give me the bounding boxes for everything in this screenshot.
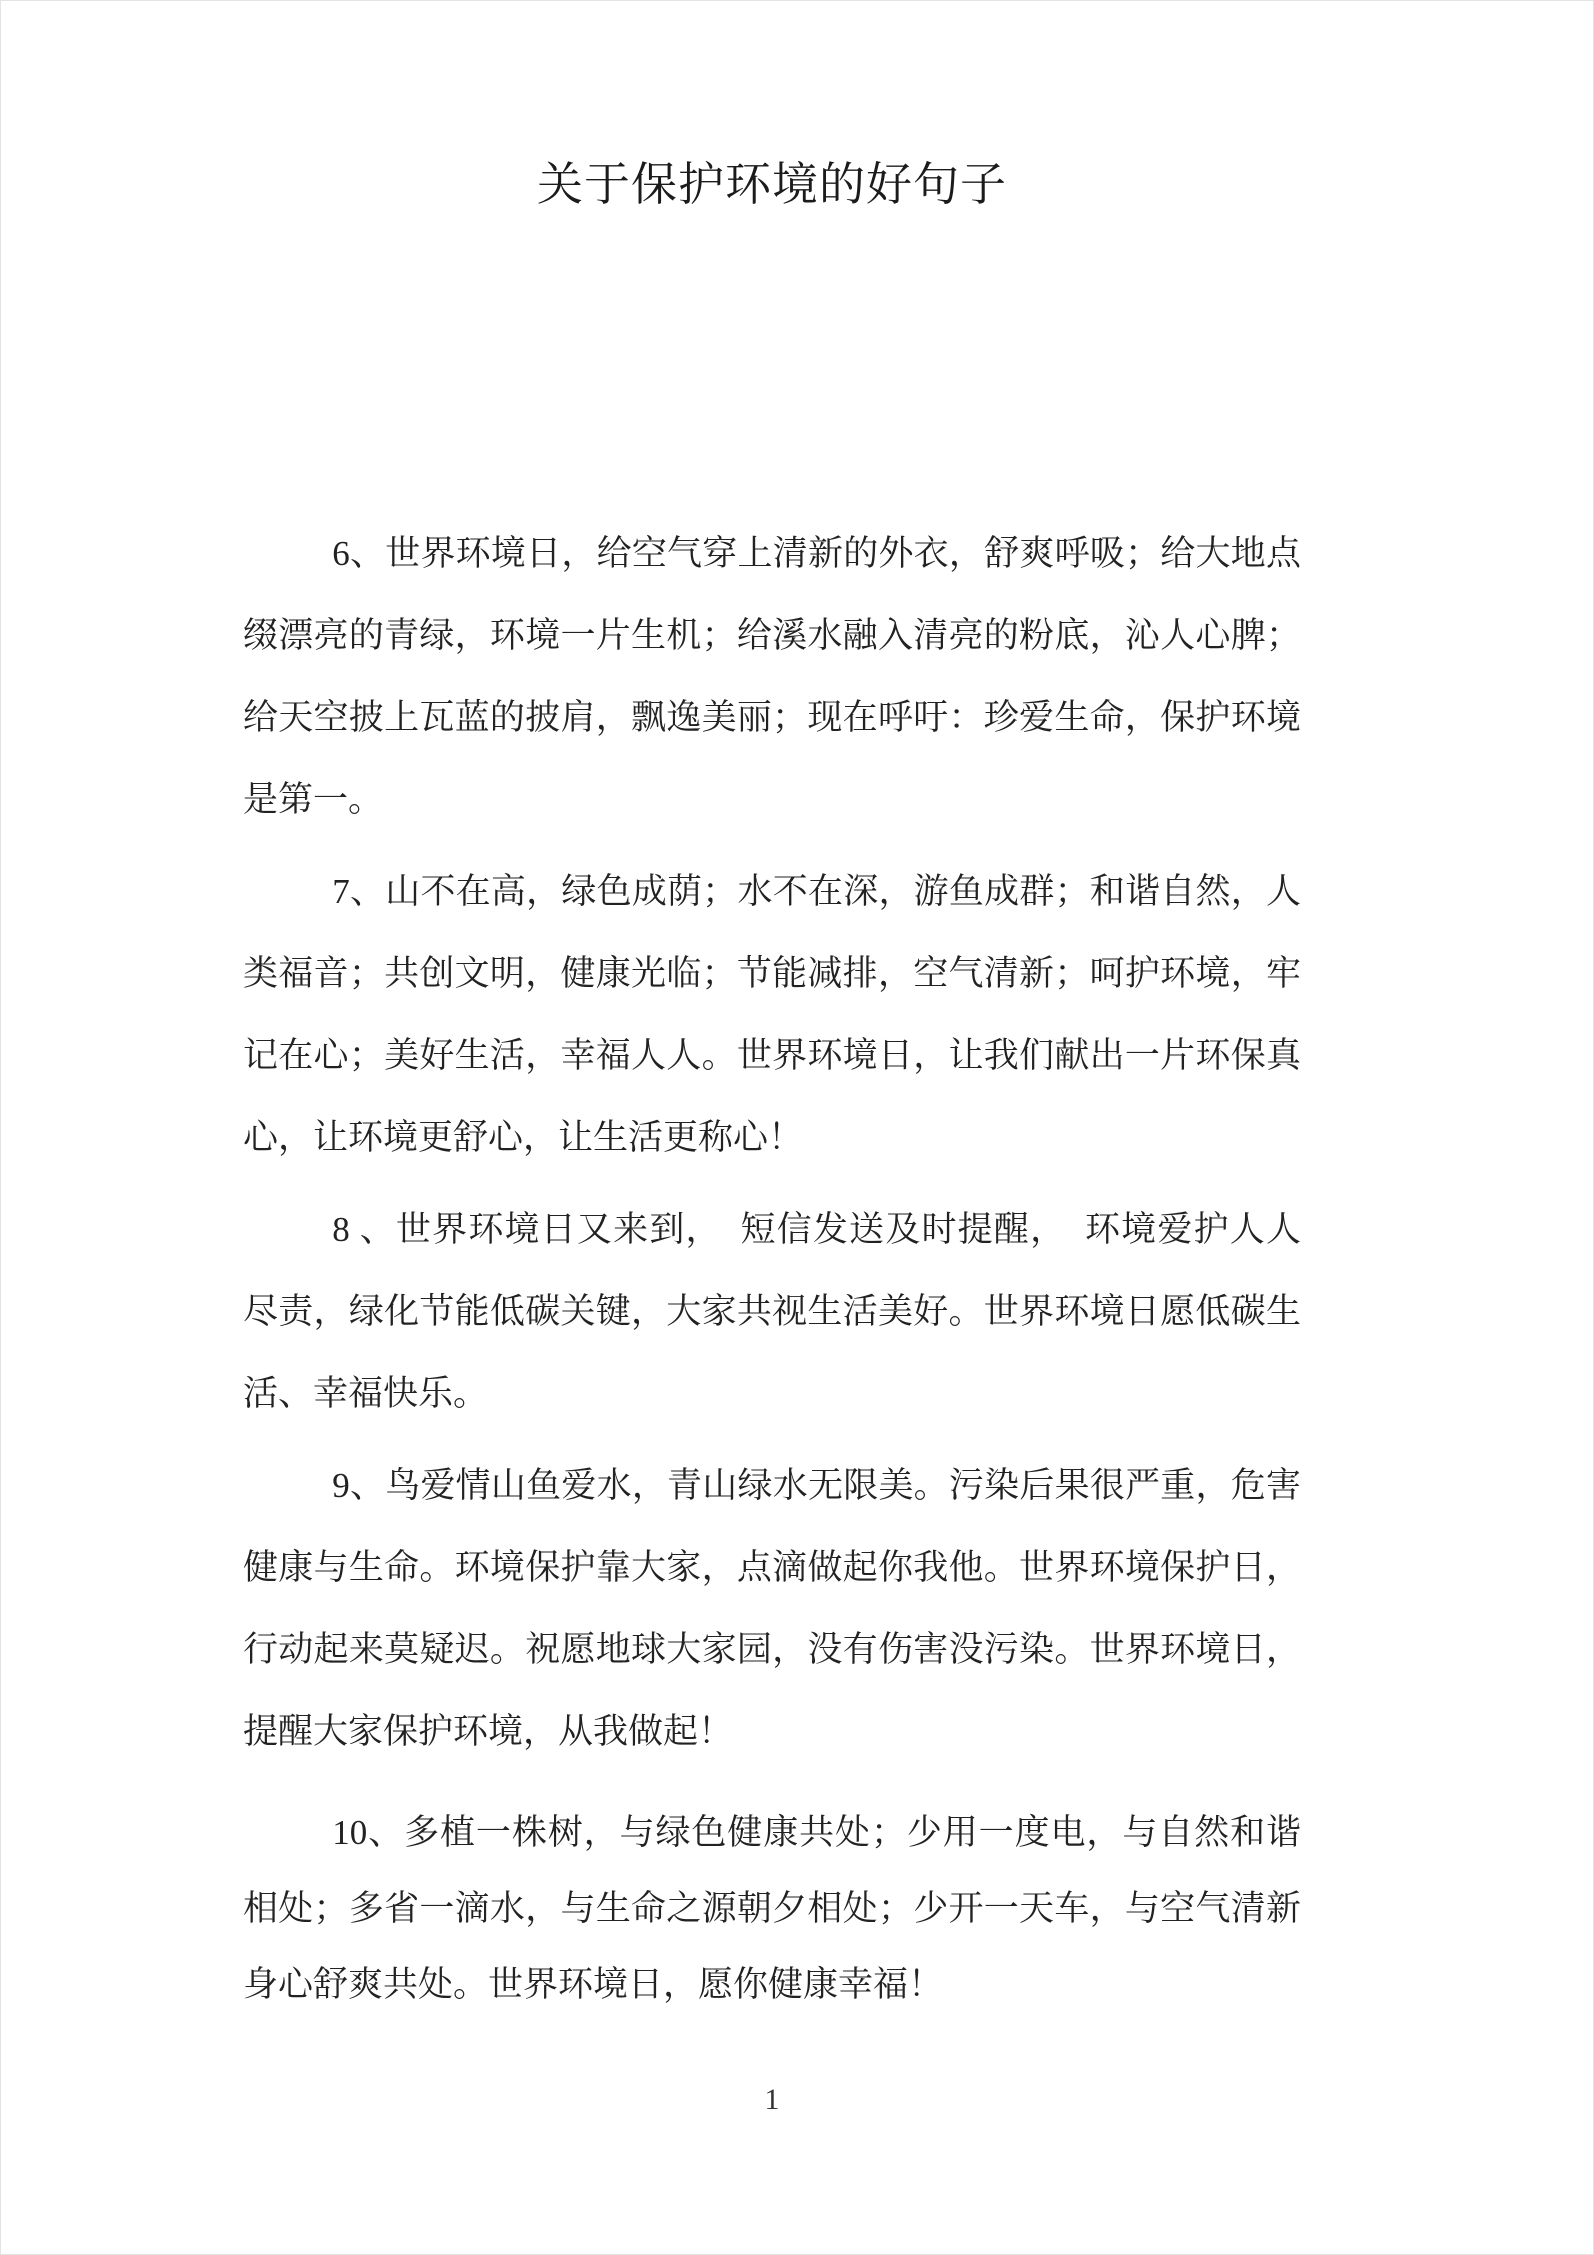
page-number: 1 [243, 2083, 1301, 2117]
paragraph-item-7: 7、山不在高，绿色成荫；水不在深，游鱼成群；和谐自然，人类福音；共创文明，健康光… [243, 851, 1301, 1179]
paragraph-item-10: 10、多植一株树，与绿色健康共处；少用一度电，与自然和谐相处；多省一滴水，与生命… [243, 1795, 1301, 2023]
paragraph-item-6: 6、世界环境日，给空气穿上清新的外衣，舒爽呼吸；给大地点缀漂亮的青绿，环境一片生… [243, 513, 1301, 841]
paragraph-item-9: 9、鸟爱情山鱼爱水，青山绿水无限美。污染后果很严重，危害健康与生命。环境保护靠大… [243, 1445, 1301, 1773]
document-page: 关于保护环境的好句子 6、世界环境日，给空气穿上清新的外衣，舒爽呼吸；给大地点缀… [0, 0, 1594, 2255]
document-body: 6、世界环境日，给空气穿上清新的外衣，舒爽呼吸；给大地点缀漂亮的青绿，环境一片生… [243, 513, 1301, 2023]
document-title: 关于保护环境的好句子 [243, 1, 1301, 217]
paragraph-item-8: 8 、世界环境日又来到， 短信发送及时提醒， 环境爱护人人尽责，绿化节能低碳关键… [243, 1189, 1301, 1435]
